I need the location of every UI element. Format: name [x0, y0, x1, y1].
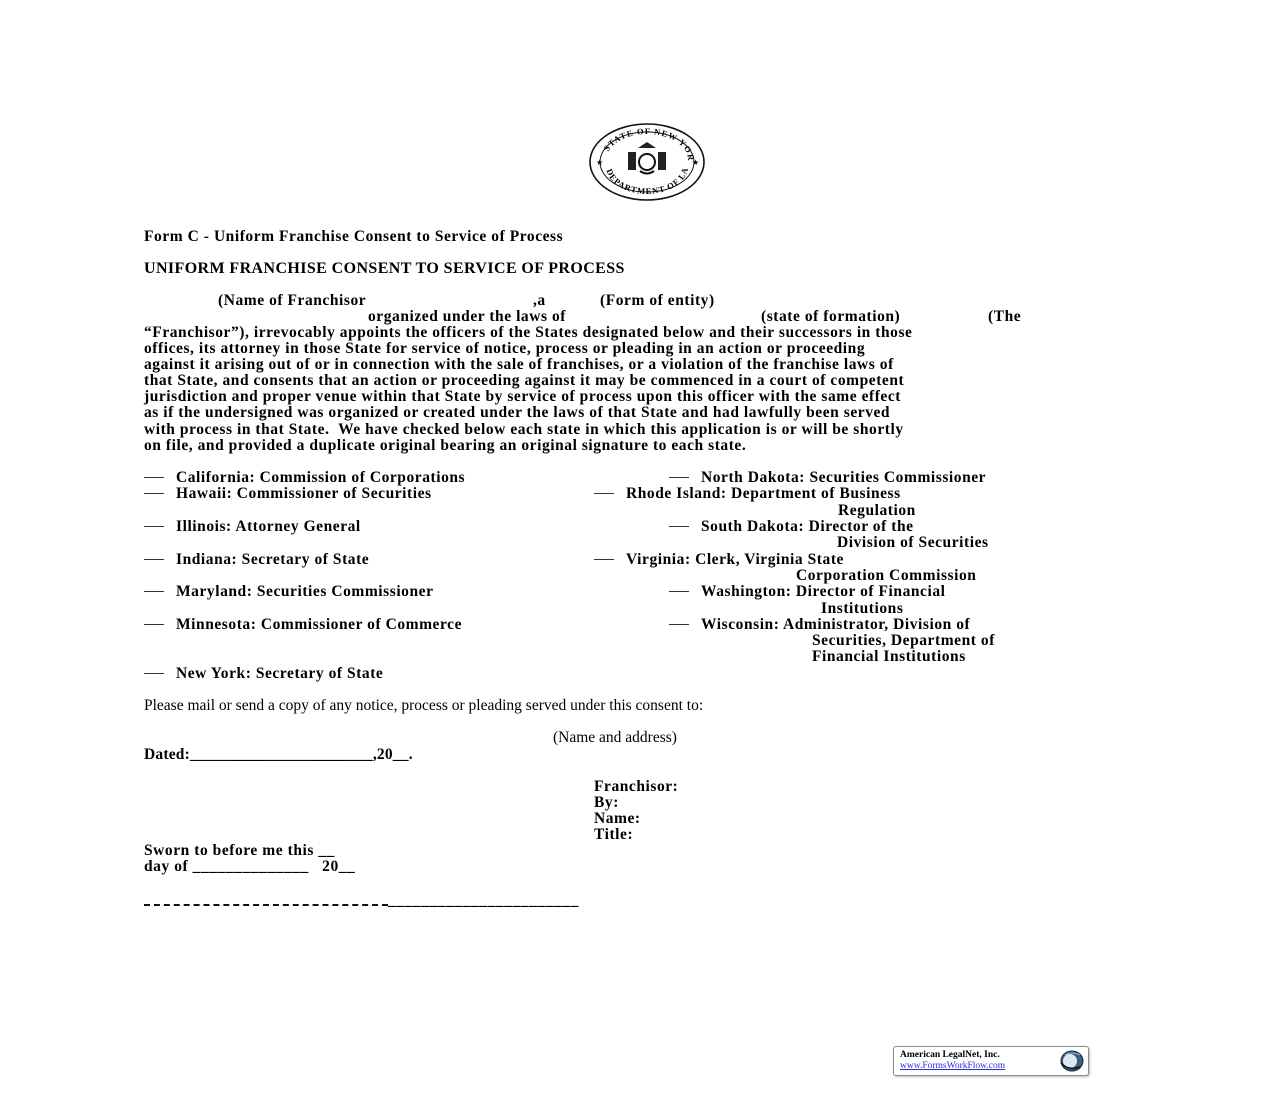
state-option-south-dakota[interactable]: South Dakota: Director of the: [669, 519, 914, 535]
consent-paragraph: “Franchisor”), irrevocably appoints the …: [144, 325, 1124, 454]
paragraph-line: as if the undersigned was organized or c…: [144, 405, 1124, 421]
paragraph-line: on file, and provided a duplicate origin…: [144, 438, 1124, 454]
franchisor-name-placeholder[interactable]: (Name of Franchisor: [218, 293, 366, 309]
state-option-minnesota[interactable]: Minnesota: Commissioner of Commerce: [144, 617, 462, 633]
state-option-indiana[interactable]: Indiana: Secretary of State: [144, 552, 369, 568]
by-label: By:: [594, 795, 619, 811]
paragraph-line: with process in that State. We have chec…: [144, 422, 1124, 438]
checkbox-blank-line[interactable]: [144, 591, 164, 592]
state-option-rhode-island[interactable]: Rhode Island: Department of Business: [594, 486, 901, 502]
company-name: American LegalNet, Inc.: [900, 1050, 1000, 1060]
notary-signature-dashed-line[interactable]: [144, 904, 388, 906]
document-title: UNIFORM FRANCHISE CONSENT TO SERVICE OF …: [144, 260, 625, 278]
state-label: Virginia: Clerk, Virginia State: [626, 551, 844, 568]
paragraph-line: offices, its attorney in those State for…: [144, 341, 1124, 357]
checkbox-blank-line[interactable]: [144, 624, 164, 625]
mail-instruction: Please mail or send a copy of any notice…: [144, 697, 703, 715]
state-option-north-dakota[interactable]: North Dakota: Securities Commissioner: [669, 470, 986, 486]
sworn-day-line: day of ______________ 20__: [144, 859, 355, 875]
franchisor-label: Franchisor:: [594, 779, 678, 795]
state-label: Wisconsin: Administrator, Division of: [701, 616, 970, 633]
state-label: Illinois: Attorney General: [176, 518, 361, 535]
checkbox-blank-line[interactable]: [144, 477, 164, 478]
name-label: Name:: [594, 811, 641, 827]
sworn-line: Sworn to before me this __: [144, 843, 335, 859]
state-of-formation-placeholder[interactable]: (state of formation): [761, 309, 900, 325]
globe-logo-icon: [1058, 1049, 1084, 1073]
state-option-washington[interactable]: Washington: Director of Financial: [669, 584, 945, 600]
state-option-maryland[interactable]: Maryland: Securities Commissioner: [144, 584, 434, 600]
checkbox-blank-line[interactable]: [144, 559, 164, 560]
state-label-continuation: Corporation Commission: [796, 568, 976, 584]
checkbox-blank-line[interactable]: [594, 493, 614, 494]
american-legalnet-badge[interactable]: American LegalNet, Inc. www.FormsWorkFlo…: [893, 1046, 1089, 1076]
state-label-continuation: Division of Securities: [837, 535, 989, 551]
svg-text:★: ★: [692, 158, 699, 167]
checkbox-blank-line[interactable]: [669, 477, 689, 478]
the-text: (The: [988, 309, 1021, 325]
form-heading: Form C - Uniform Franchise Consent to Se…: [144, 229, 563, 245]
state-option-hawaii[interactable]: Hawaii: Commissioner of Securities: [144, 486, 432, 502]
state-label-continuation: Securities, Department of: [812, 633, 995, 649]
state-label: Minnesota: Commissioner of Commerce: [176, 616, 462, 633]
paragraph-line: “Franchisor”), irrevocably appoints the …: [144, 325, 1124, 341]
state-label-continuation: Regulation: [838, 503, 916, 519]
state-option-new-york[interactable]: New York: Secretary of State: [144, 666, 383, 682]
state-label-continuation: Institutions: [821, 601, 903, 617]
state-label: North Dakota: Securities Commissioner: [701, 469, 986, 486]
state-option-virginia[interactable]: Virginia: Clerk, Virginia State: [594, 552, 844, 568]
day-of-label: day of: [144, 858, 188, 875]
title-label: Title:: [594, 827, 633, 843]
checkbox-blank-line[interactable]: [144, 526, 164, 527]
new-york-seal-icon: STATE OF NEW YORK DEPARTMENT OF LAW ★ ★: [588, 122, 706, 202]
state-label: California: Commission of Corporations: [176, 469, 465, 486]
state-label-continuation: Financial Institutions: [812, 649, 966, 665]
state-label: New York: Secretary of State: [176, 665, 383, 682]
dated-blank-field[interactable]: _______________________: [190, 746, 373, 763]
paragraph-line: jurisdiction and proper venue within tha…: [144, 389, 1124, 405]
checkbox-blank-line[interactable]: [594, 559, 614, 560]
form-of-entity-placeholder[interactable]: (Form of entity): [600, 293, 715, 309]
checkbox-blank-line[interactable]: [669, 526, 689, 527]
state-label: Maryland: Securities Commissioner: [176, 583, 434, 600]
dated-line: Dated:_______________________,20__.: [144, 746, 413, 764]
paragraph-line: against it arising out of or in connecti…: [144, 357, 1124, 373]
state-label: Rhode Island: Department of Business: [626, 485, 901, 502]
checkbox-blank-line[interactable]: [144, 493, 164, 494]
checkbox-blank-line[interactable]: [669, 624, 689, 625]
website-link[interactable]: www.FormsWorkFlow.com: [900, 1061, 1005, 1071]
organized-under-text: organized under the laws of: [368, 309, 566, 325]
state-option-illinois[interactable]: Illinois: Attorney General: [144, 519, 361, 535]
state-label: Indiana: Secretary of State: [176, 551, 369, 568]
paragraph-line: that State, and consents that an action …: [144, 373, 1124, 389]
checkbox-blank-line[interactable]: [144, 673, 164, 674]
checkbox-blank-line[interactable]: [669, 591, 689, 592]
state-label: Washington: Director of Financial: [701, 583, 945, 600]
state-option-wisconsin[interactable]: Wisconsin: Administrator, Division of: [669, 617, 970, 633]
state-label: South Dakota: Director of the: [701, 518, 914, 535]
name-and-address-field[interactable]: (Name and address): [553, 729, 677, 747]
notary-signature-line[interactable]: _______________________: [388, 893, 579, 909]
svg-text:★: ★: [596, 158, 603, 167]
dated-label: Dated:: [144, 746, 190, 763]
state-label: Hawaii: Commissioner of Securities: [176, 485, 432, 502]
sworn-year-field[interactable]: 20__: [322, 858, 355, 875]
day-of-blank-field[interactable]: ______________: [193, 858, 309, 875]
dated-year[interactable]: ,20__.: [373, 746, 413, 763]
a-text: ,a: [533, 293, 546, 309]
state-option-california[interactable]: California: Commission of Corporations: [144, 470, 465, 486]
